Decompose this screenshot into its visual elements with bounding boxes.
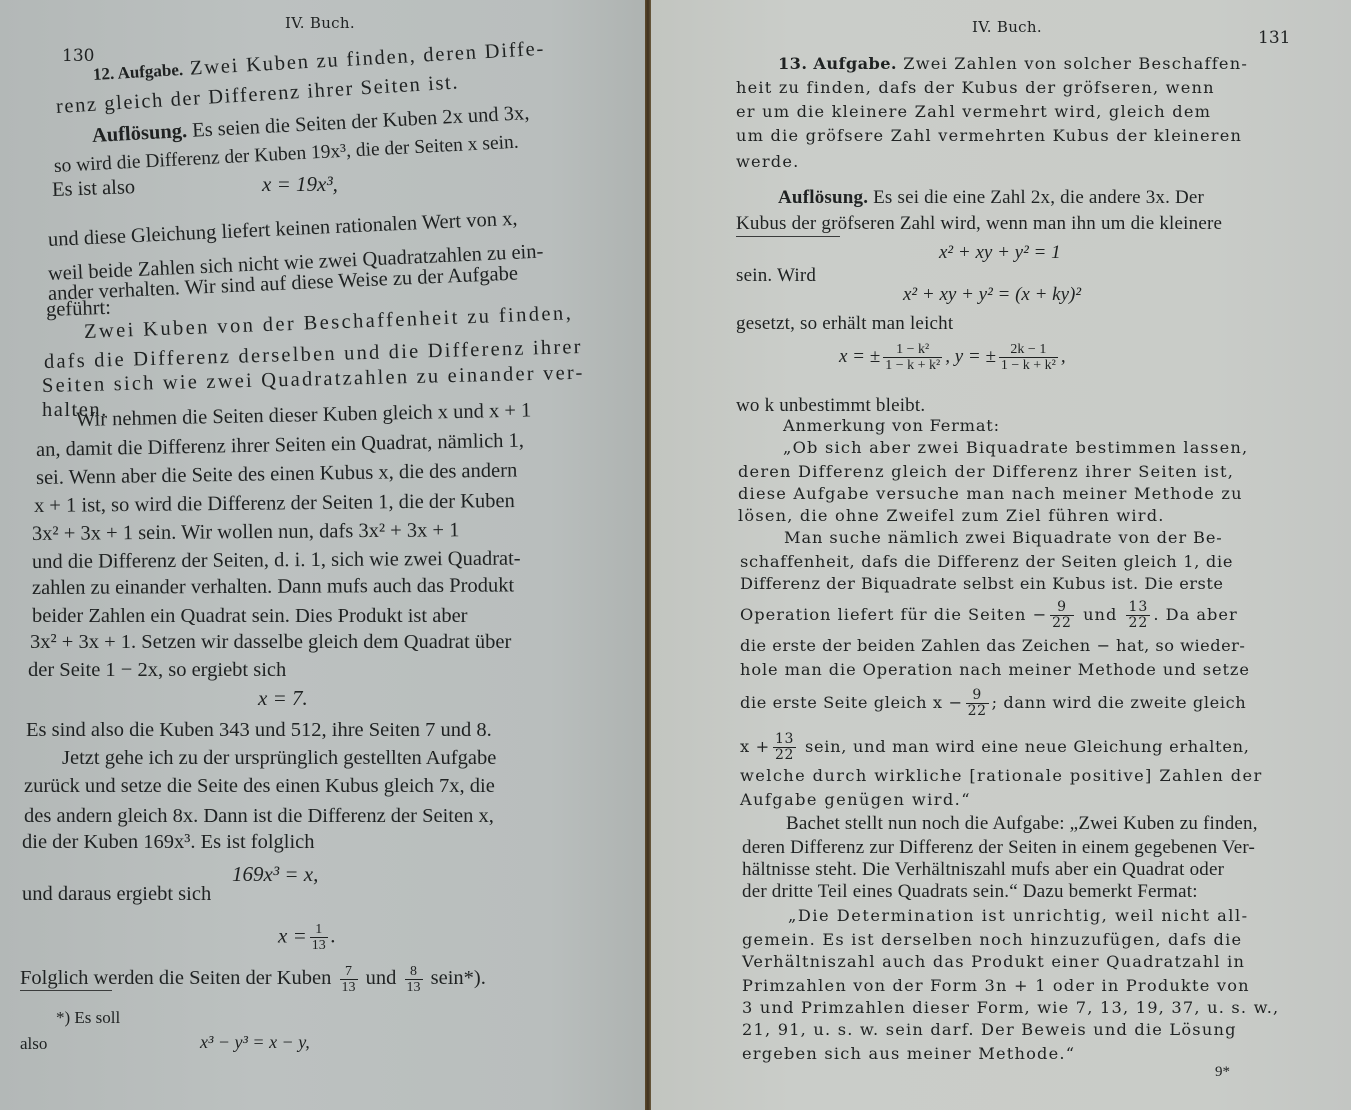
footnote-also: also — [20, 1034, 47, 1054]
solution-line-3: Es ist also — [52, 175, 136, 202]
text-line: 3x² + 3x + 1. Setzen wir dasselbe gleich… — [30, 630, 511, 654]
page-number: 130 — [62, 46, 94, 66]
right-page: IV. Buch. 131 13. Aufgabe. Zwei Zahlen v… — [651, 0, 1351, 1110]
text-line: und die Differenz der Seiten, d. i. 1, s… — [32, 547, 521, 574]
solution-line-1: Auflösung. Es sei die eine Zahl 2x, die … — [778, 186, 1204, 210]
text-line: hältnisse steht. Die Verhältniszahl mufs… — [742, 858, 1224, 882]
text-line: die erste der beiden Zahlen das Zeichen … — [740, 634, 1245, 658]
text-line: Aufgabe genügen wird.“ — [740, 788, 971, 812]
text-line: an, damit die Differenz ihrer Seiten ein… — [36, 429, 524, 462]
text-line: und daraus ergiebt sich — [22, 882, 211, 906]
text-line: deren Differenz gleich der Differenz ihr… — [738, 460, 1234, 484]
text-line: er um die kleinere Zahl vermehrt wird, g… — [736, 100, 1211, 124]
text-line: schaffenheit, dafs die Differenz der Sei… — [740, 550, 1233, 574]
formula-x-y-solution: x = ±1 − k²1 − k + k², y = ±2k − 11 − k … — [839, 342, 1066, 373]
text-line: 3x² + 3x + 1 sein. Wir wollen nun, dafs … — [32, 518, 460, 546]
footnote-formula: x³ − y³ = x − y, — [200, 1032, 310, 1053]
text-line: die der Kuben 169x³. Es ist folglich — [22, 830, 315, 854]
formula-x-eq-7: x = 7. — [258, 686, 308, 711]
problem-13-line-1: 13. Aufgabe. Zwei Zahlen von solcher Bes… — [778, 52, 1248, 76]
page-number: 131 — [1258, 28, 1290, 48]
text-line-fraction: die erste Seite gleich x −922; dann wird… — [740, 688, 1246, 719]
text-line: gemein. Es ist derselben noch hinzuzufüg… — [742, 928, 1242, 952]
text-line: Bachet stellt nun noch die Aufgabe: „Zwe… — [786, 812, 1258, 836]
text-line: „Ob sich aber zwei Biquadrate bestimmen … — [783, 436, 1248, 460]
formula-quadratic-eq-1: x² + xy + y² = 1 — [939, 242, 1061, 264]
text-line: sein. Wird — [736, 264, 816, 288]
text-line: hole man die Operation nach meiner Metho… — [740, 658, 1250, 682]
running-head: IV. Buch. — [972, 18, 1042, 36]
running-head: IV. Buch. — [285, 14, 355, 32]
text-line: Jetzt gehe ich zu der ursprünglich geste… — [62, 746, 496, 770]
text-line: Verhältniszahl auch das Produkt einer Qu… — [742, 950, 1245, 974]
left-page: IV. Buch. 130 12. Aufgabe. Zwei Kuben zu… — [0, 0, 646, 1110]
signature-mark: 9* — [1215, 1064, 1230, 1081]
text-line: Es sind also die Kuben 343 und 512, ihre… — [26, 718, 492, 742]
text-line: sei. Wenn aber die Seite des einen Kubus… — [36, 458, 518, 490]
pencil-underline — [736, 236, 840, 237]
text-line: zahlen zu einander verhalten. Dann mufs … — [32, 573, 514, 600]
formula-x-eq-1-13: x =113. — [278, 922, 336, 953]
text-line: Differenz der Biquadrate selbst ein Kubu… — [740, 572, 1223, 596]
text-line: um die gröfsere Zahl vermehrten Kubus de… — [736, 124, 1242, 148]
text-line: x + 1 ist, so wird die Differenz der Sei… — [34, 489, 515, 518]
text-line: geführt: — [46, 296, 112, 322]
footnote-marker: *) Es soll — [56, 1008, 120, 1028]
text-line: deren Differenz zur Differenz der Seiten… — [742, 836, 1255, 860]
text-line: lösen, die ohne Zweifel zum Ziel führen … — [738, 504, 1165, 528]
fermat-note-heading: Anmerkung von Fermat: — [783, 414, 1000, 438]
text-line: beider Zahlen ein Quadrat sein. Dies Pro… — [32, 604, 468, 628]
text-line: 21, 91, u. s. w. sein darf. Der Beweis u… — [742, 1018, 1237, 1042]
text-line: Primzahlen von der Form 3n + 1 oder in P… — [742, 974, 1250, 998]
text-line: Wir nehmen die Seiten dieser Kuben gleic… — [76, 398, 532, 432]
formula-quadratic-eq-square: x² + xy + y² = (x + ky)² — [903, 284, 1081, 306]
text-line: gesetzt, so erhält man leicht — [736, 312, 953, 336]
text-line: der dritte Teil eines Quadrats sein.“ Da… — [742, 880, 1198, 904]
text-line: zurück und setze die Seite des einen Kub… — [24, 774, 495, 798]
footnote-rule — [20, 990, 112, 991]
text-line: Man suche nämlich zwei Biquadrate von de… — [784, 526, 1223, 550]
text-line: 3 und Primzahlen dieser Form, wie 7, 13,… — [742, 996, 1279, 1020]
text-line: werde. — [736, 150, 799, 174]
text-line: diese Aufgabe versuche man nach meiner M… — [738, 482, 1243, 506]
text-line: Kubus der gröfseren Zahl wird, wenn man … — [736, 212, 1222, 236]
formula-169x3-eq-x: 169x³ = x, — [232, 862, 318, 887]
text-line-fractions: Operation liefert für die Seiten −922 un… — [740, 600, 1238, 631]
text-line: des andern gleich 8x. Dann ist die Diffe… — [24, 804, 494, 828]
formula-x-eq-19x3: x = 19x³, — [262, 172, 338, 197]
text-line: „Die Determination ist unrichtig, weil n… — [788, 904, 1249, 928]
text-line: der Seite 1 − 2x, so ergiebt sich — [28, 658, 286, 682]
text-line: welche durch wirkliche [rationale positi… — [740, 764, 1263, 788]
text-line: heit zu finden, dafs der Kubus der gröfs… — [736, 76, 1215, 100]
text-line: ergeben sich aus meiner Methode.“ — [742, 1042, 1075, 1066]
text-line-fraction: x +1322 sein, und man wird eine neue Gle… — [740, 732, 1250, 763]
